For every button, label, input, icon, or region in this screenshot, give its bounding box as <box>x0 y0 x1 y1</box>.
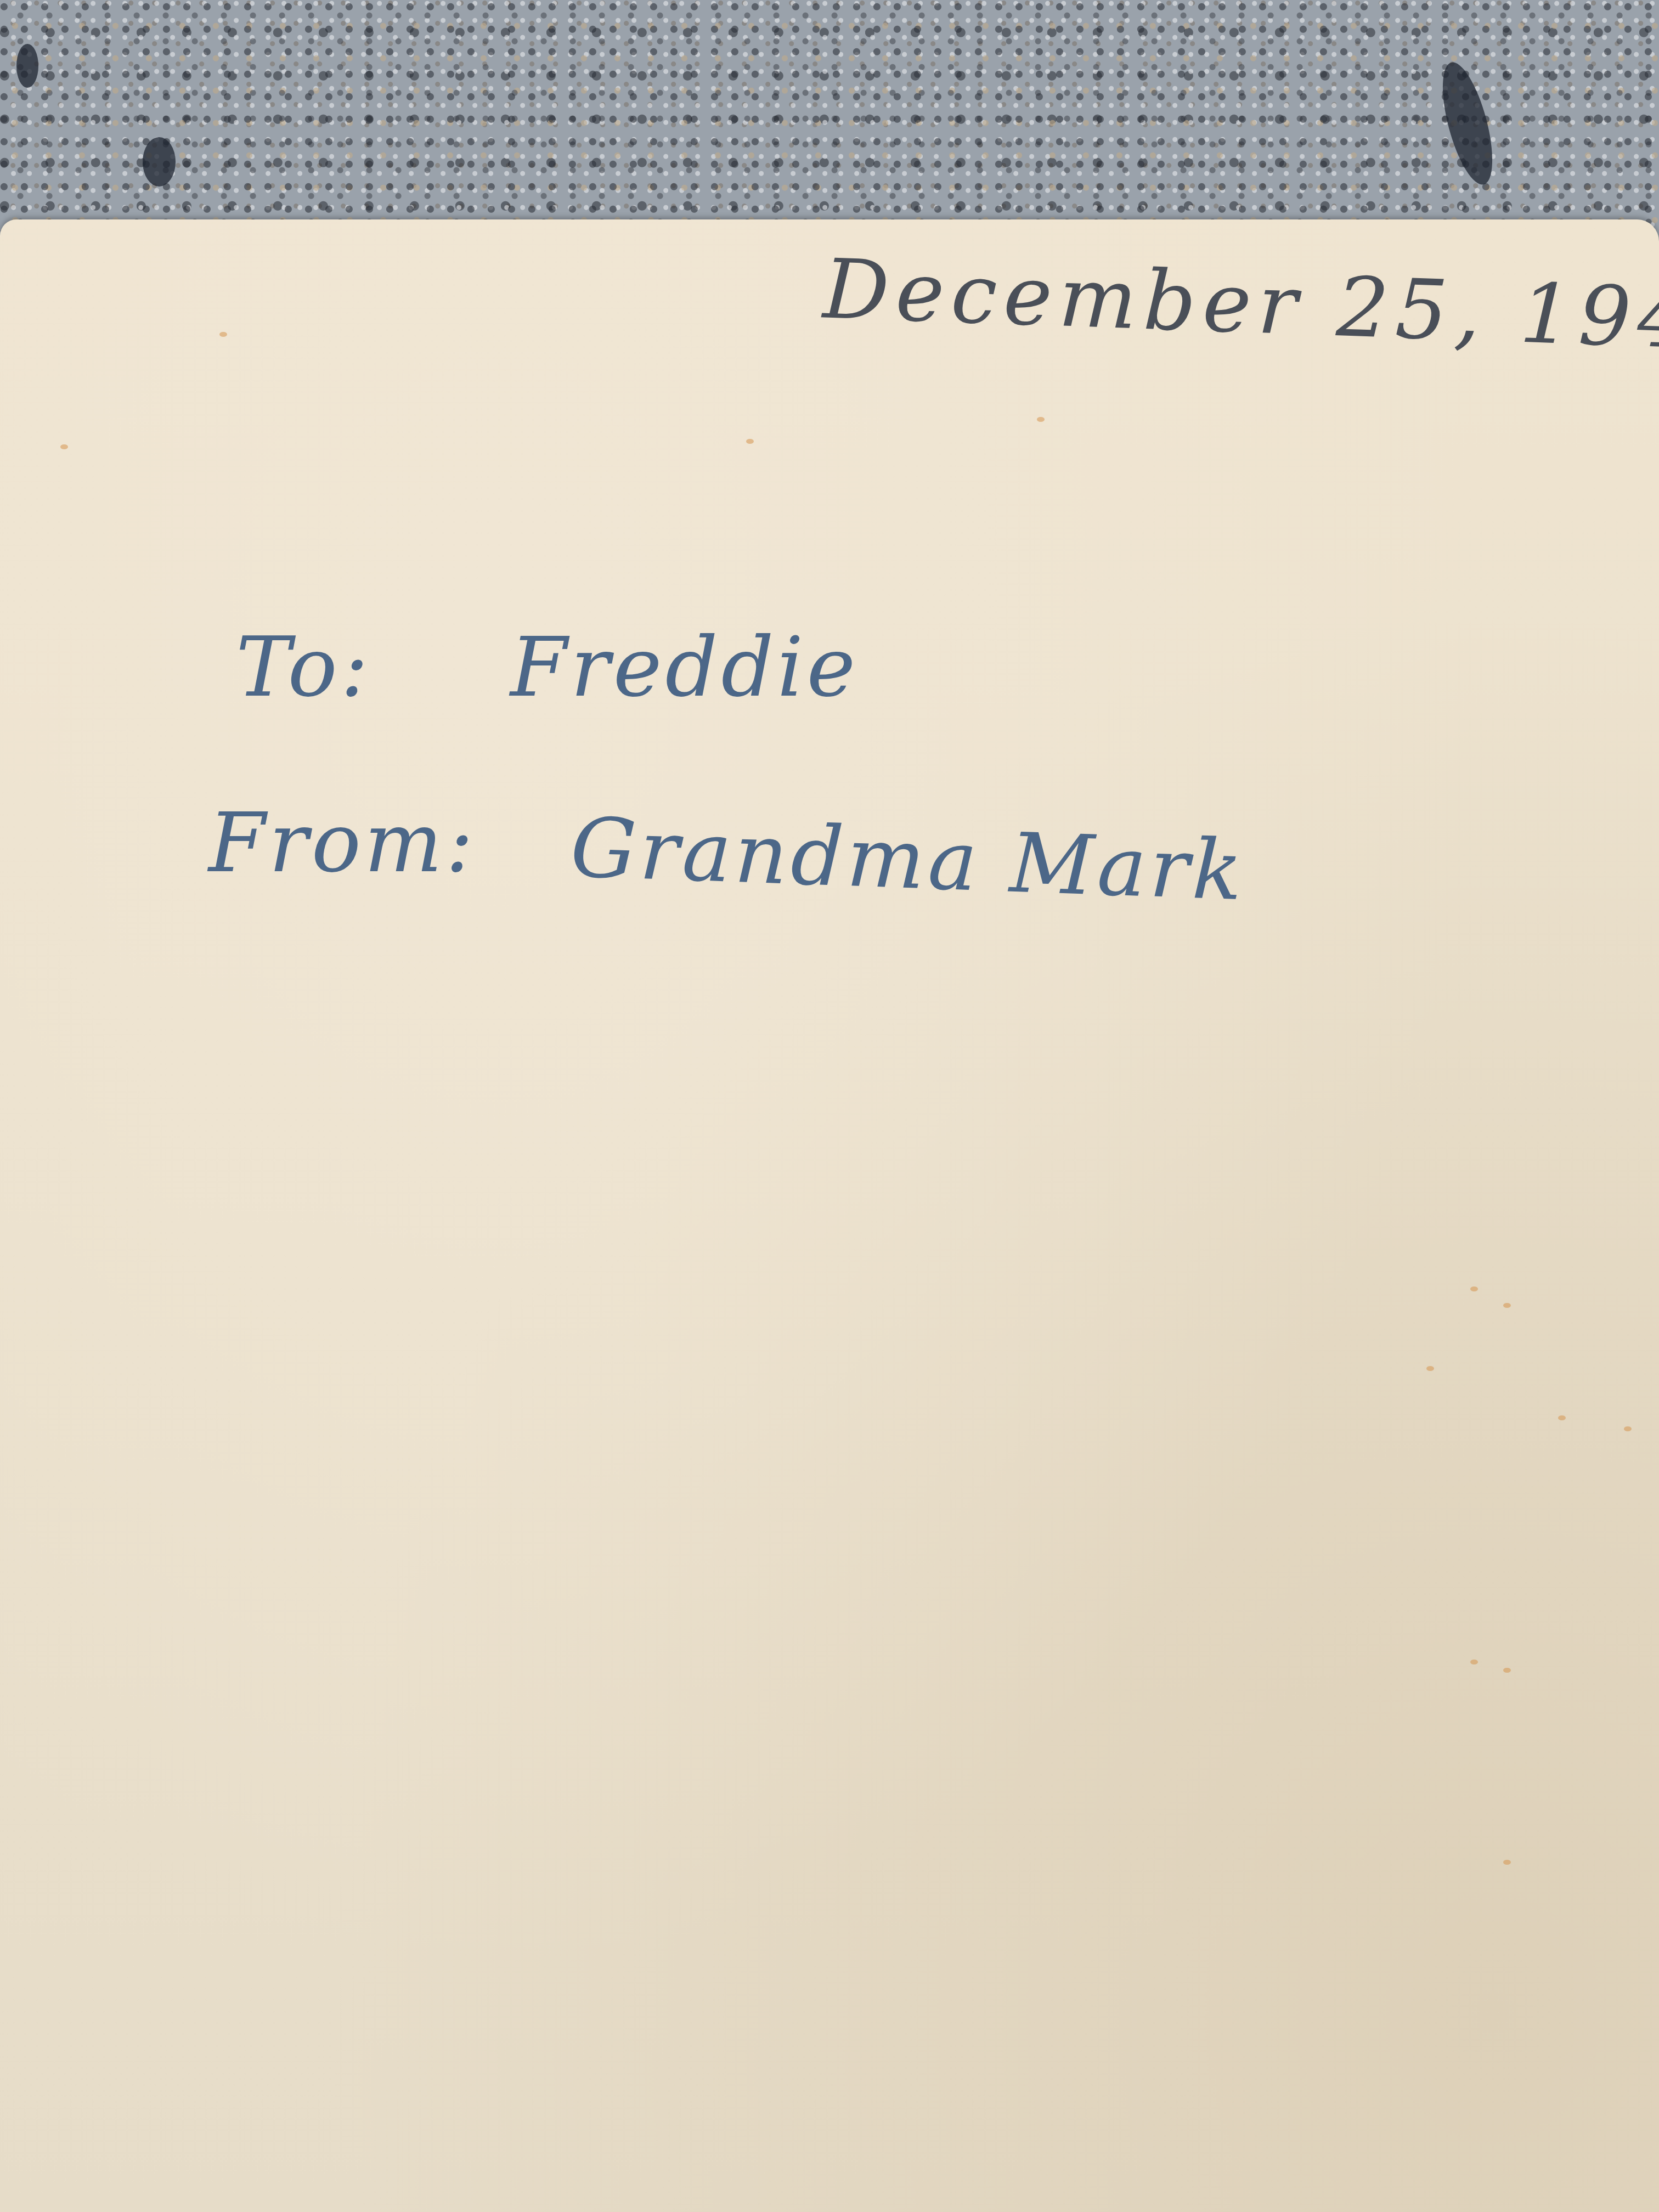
foxing-spot <box>1426 1366 1434 1371</box>
foxing-spot <box>746 439 754 444</box>
foxing-spot <box>1624 1426 1632 1431</box>
foxing-spot <box>1503 1860 1511 1865</box>
stone-background <box>0 0 1659 236</box>
stone-pebble <box>143 137 176 187</box>
foxing-spot <box>219 332 227 337</box>
foxing-spot <box>1470 1660 1478 1664</box>
foxing-spot <box>1037 417 1045 422</box>
recipient-name: Freddie <box>510 620 859 715</box>
foxing-spot <box>1558 1415 1566 1420</box>
to-label: To: <box>236 620 371 715</box>
foxing-spot <box>1503 1668 1511 1673</box>
stone-pebble <box>16 44 38 88</box>
book-page <box>0 219 1659 2212</box>
foxing-spot <box>60 444 68 449</box>
foxing-spot <box>1470 1286 1478 1291</box>
stone-pebble <box>1432 58 1502 189</box>
foxing-spot <box>1503 1303 1511 1308</box>
from-label: From: <box>208 795 477 891</box>
